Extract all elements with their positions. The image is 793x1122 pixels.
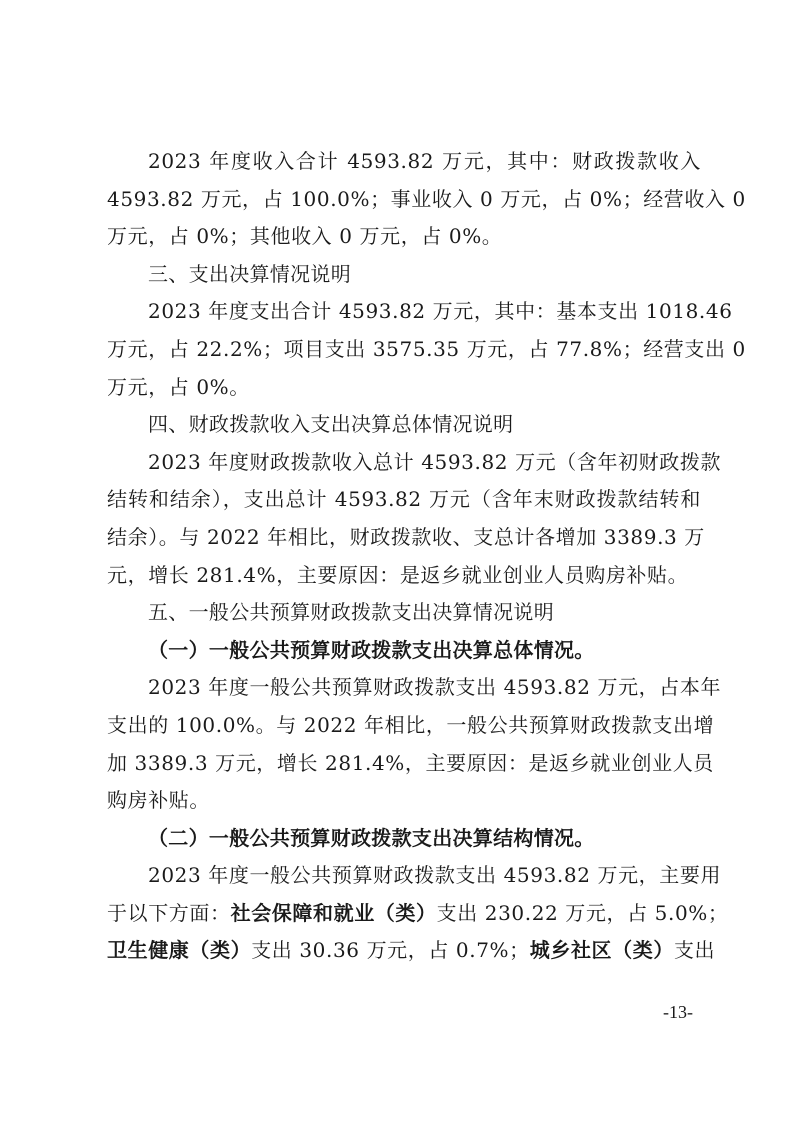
body-line: 2023 年度一般公共预算财政拨款支出 4593.82 万元，主要用 (107, 857, 701, 895)
section-heading-general-budget: 五、一般公共预算财政拨款支出决算情况说明 (107, 594, 701, 632)
text-segment: 支出 (674, 938, 715, 962)
body-line: 2023 年度财政拨款收入总计 4593.82 万元（含年初财政拨款 (107, 444, 701, 482)
page-number: -13- (663, 1002, 693, 1023)
text-segment: 于以下方面： (107, 901, 231, 925)
subheading-overall: （一）一般公共预算财政拨款支出决算总体情况。 (107, 632, 701, 670)
body-line: 购房补贴。 (107, 782, 701, 820)
body-line: 加 3389.3 万元，增长 281.4%，主要原因：是返乡就业创业人员 (107, 745, 701, 783)
body-line: 万元，占 0%。 (107, 369, 701, 407)
text-segment: 支出 230.22 万元，占 5.0%； (437, 901, 729, 925)
section-heading-expenditure: 三、支出决算情况说明 (107, 256, 701, 294)
body-line: 结余）。与 2022 年相比，财政拨款收、支总计各增加 3389.3 万 (107, 519, 701, 557)
document-page: 2023 年度收入合计 4593.82 万元，其中：财政拨款收入 4593.82… (107, 143, 701, 970)
body-line: 2023 年度收入合计 4593.82 万元，其中：财政拨款收入 (107, 143, 701, 181)
section-heading-fiscal-overall: 四、财政拨款收入支出决算总体情况说明 (107, 406, 701, 444)
body-line: 元，增长 281.4%，主要原因：是返乡就业创业人员购房补贴。 (107, 557, 701, 595)
text-segment: 支出 30.36 万元，占 0.7%； (251, 938, 530, 962)
body-line: 2023 年度支出合计 4593.82 万元，其中：基本支出 1018.46 (107, 293, 701, 331)
body-line: 4593.82 万元，占 100.0%；事业收入 0 万元，占 0%；经营收入 … (107, 181, 701, 219)
body-line: 结转和结余），支出总计 4593.82 万元（含年末财政拨款结转和 (107, 481, 701, 519)
body-line: 支出的 100.0%。与 2022 年相比，一般公共预算财政拨款支出增 (107, 707, 701, 745)
category-urban-rural: 城乡社区（类） (530, 938, 674, 962)
category-social-security: 社会保障和就业（类） (231, 901, 437, 925)
body-line: 万元，占 0%；其他收入 0 万元，占 0%。 (107, 218, 701, 256)
body-line: 万元，占 22.2%；项目支出 3575.35 万元，占 77.8%；经营支出 … (107, 331, 701, 369)
category-health: 卫生健康（类） (107, 938, 251, 962)
subheading-structure: （二）一般公共预算财政拨款支出决算结构情况。 (107, 820, 701, 858)
body-line: 2023 年度一般公共预算财政拨款支出 4593.82 万元，占本年 (107, 669, 701, 707)
body-line-mixed: 于以下方面：社会保障和就业（类）支出 230.22 万元，占 5.0%； (107, 895, 701, 933)
body-line-mixed: 卫生健康（类）支出 30.36 万元，占 0.7%；城乡社区（类）支出 (107, 932, 701, 970)
